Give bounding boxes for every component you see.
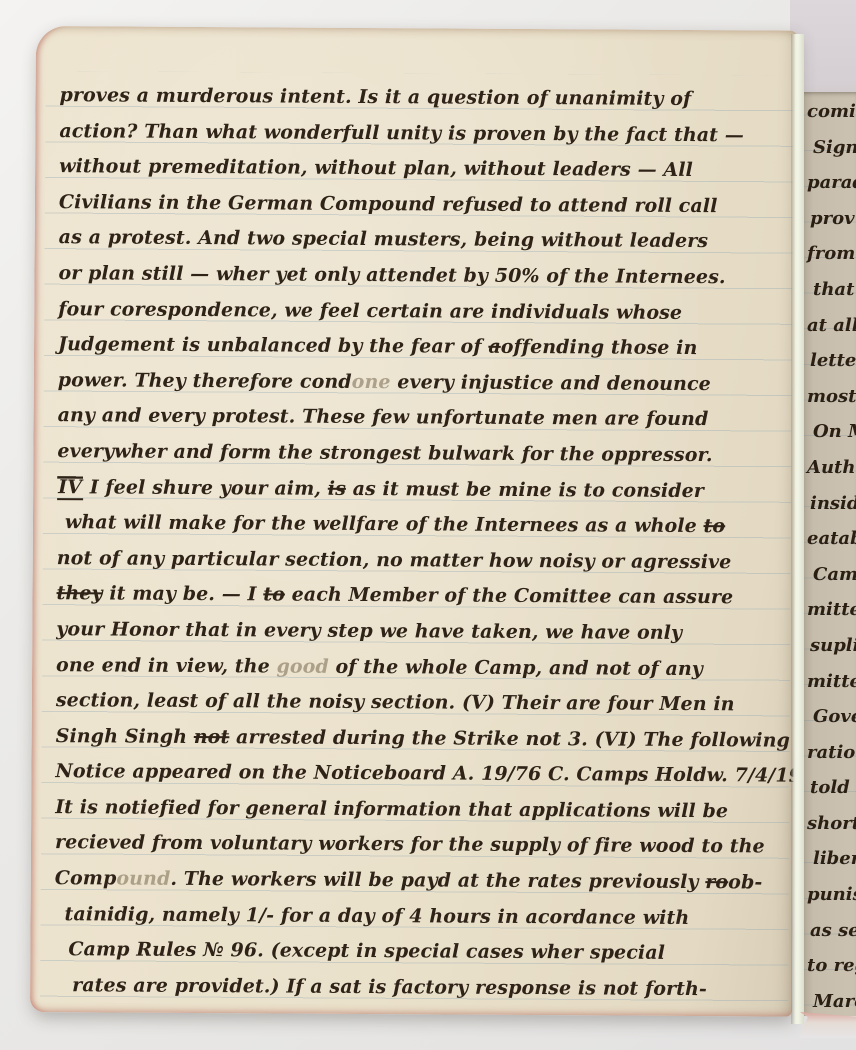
manuscript-line: Notice appeared on the Noticeboard A. 19… [55,754,789,794]
manuscript-line: they it may be. — I to each Member of th… [56,576,790,616]
adjacent-page-fragment-line: Author [807,450,856,486]
manuscript-line: power. They therefore condone every inju… [58,363,792,403]
adjacent-page-fragment-line: from [807,236,856,272]
manuscript-line: or plan still — wher yet only attendet b… [58,256,792,296]
adjacent-page-fragment-line: at all [807,308,856,344]
adjacent-page-fragment-line: On Ma [807,414,856,450]
manuscript-line: Civilians in the German Compound refused… [59,185,793,225]
adjacent-page-fragment-line: most [807,379,856,415]
manuscript-line: Compound. The workers will be payd at th… [55,861,789,901]
manuscript-line: Judgement is unbalanced by the fear of a… [58,327,792,367]
manuscript-line: IV I feel shure your aim, is as it must … [57,470,791,510]
manuscript-line: as a protest. And two special musters, b… [59,221,793,261]
adjacent-page-fragment-line: prov [807,201,856,237]
manuscript-line: tainidig, namely 1/- for a day of 4 hour… [54,897,788,937]
adjacent-page-fragment-line: eatable [807,521,856,557]
manuscript-line: It is notiefied for general information … [55,790,789,830]
adjacent-page-fragment-line: as severe [807,913,856,949]
manuscript-line: without premeditation, without plan, wit… [59,149,793,189]
adjacent-page-fragment-line: March 9 [807,984,856,1016]
manuscript-line: rates are providet.) If a sat is factory… [54,968,788,1008]
manuscript-line: any and every protest. These few unfortu… [58,398,792,438]
adjacent-page-fragment-line: told tha [807,770,856,806]
notebook-page: proves a murderous intent. Is it a quest… [30,26,798,1017]
adjacent-page-fragment-line: Camp u [807,557,856,593]
adjacent-page-fragment-line: mitted [807,664,856,700]
page-edge-highlight [791,34,804,1024]
adjacent-page-fragment-line: inside [807,486,856,522]
adjacent-page-fragment-line: parad [807,165,856,201]
adjacent-page-fragment-line: liberty [807,841,856,877]
manuscript-text: proves a murderous intent. Is it a quest… [54,78,794,1008]
manuscript-line: Singh Singh not arrested during the Stri… [56,719,790,759]
manuscript-line: action? Than what wonderfull unity is pr… [59,114,793,154]
manuscript-line: four corespondence, we feel certain are … [58,292,792,332]
adjacent-page-fragment-line: that [807,272,856,308]
manuscript-line: not of any particular section, no matter… [57,541,791,581]
adjacent-page-text: cominSigneparadprovfromthatat allletterm… [807,94,856,1016]
manuscript-line: Camp Rules № 96. (except in special case… [54,932,788,972]
adjacent-page-fragment-line: comin [807,94,856,130]
adjacent-page-fragment-line: to regai [807,948,856,984]
adjacent-page-fragment-line: Signe [807,130,856,166]
adjacent-page-fragment-line: letter [807,343,856,379]
manuscript-line: recieved from voluntary workers for the … [55,826,789,866]
manuscript-line: proves a murderous intent. Is it a quest… [59,78,793,118]
manuscript-line: everywher and form the strongest bulwark… [57,434,791,474]
manuscript-line: what will make for the wellfare of the I… [57,505,791,545]
adjacent-page-fragment-line: mitted. [807,592,856,628]
manuscript-line: your Honor that in every step we have ta… [56,612,790,652]
adjacent-page-fragment-line: ration. [807,735,856,771]
photo-background: proves a murderous intent. Is it a quest… [0,0,856,1050]
manuscript-line: section, least of all the noisy section.… [56,683,790,723]
adjacent-page-fragment-line: Governe [807,699,856,735]
manuscript-line: one end in view, the good of the whole C… [56,648,790,688]
adjacent-page: cominSigneparadprovfromthatat allletterm… [804,92,856,1016]
adjacent-page-fragment-line: suplic [807,628,856,664]
adjacent-page-fragment-line: short. (S [807,806,856,842]
adjacent-page-fragment-line: punishe [807,877,856,913]
